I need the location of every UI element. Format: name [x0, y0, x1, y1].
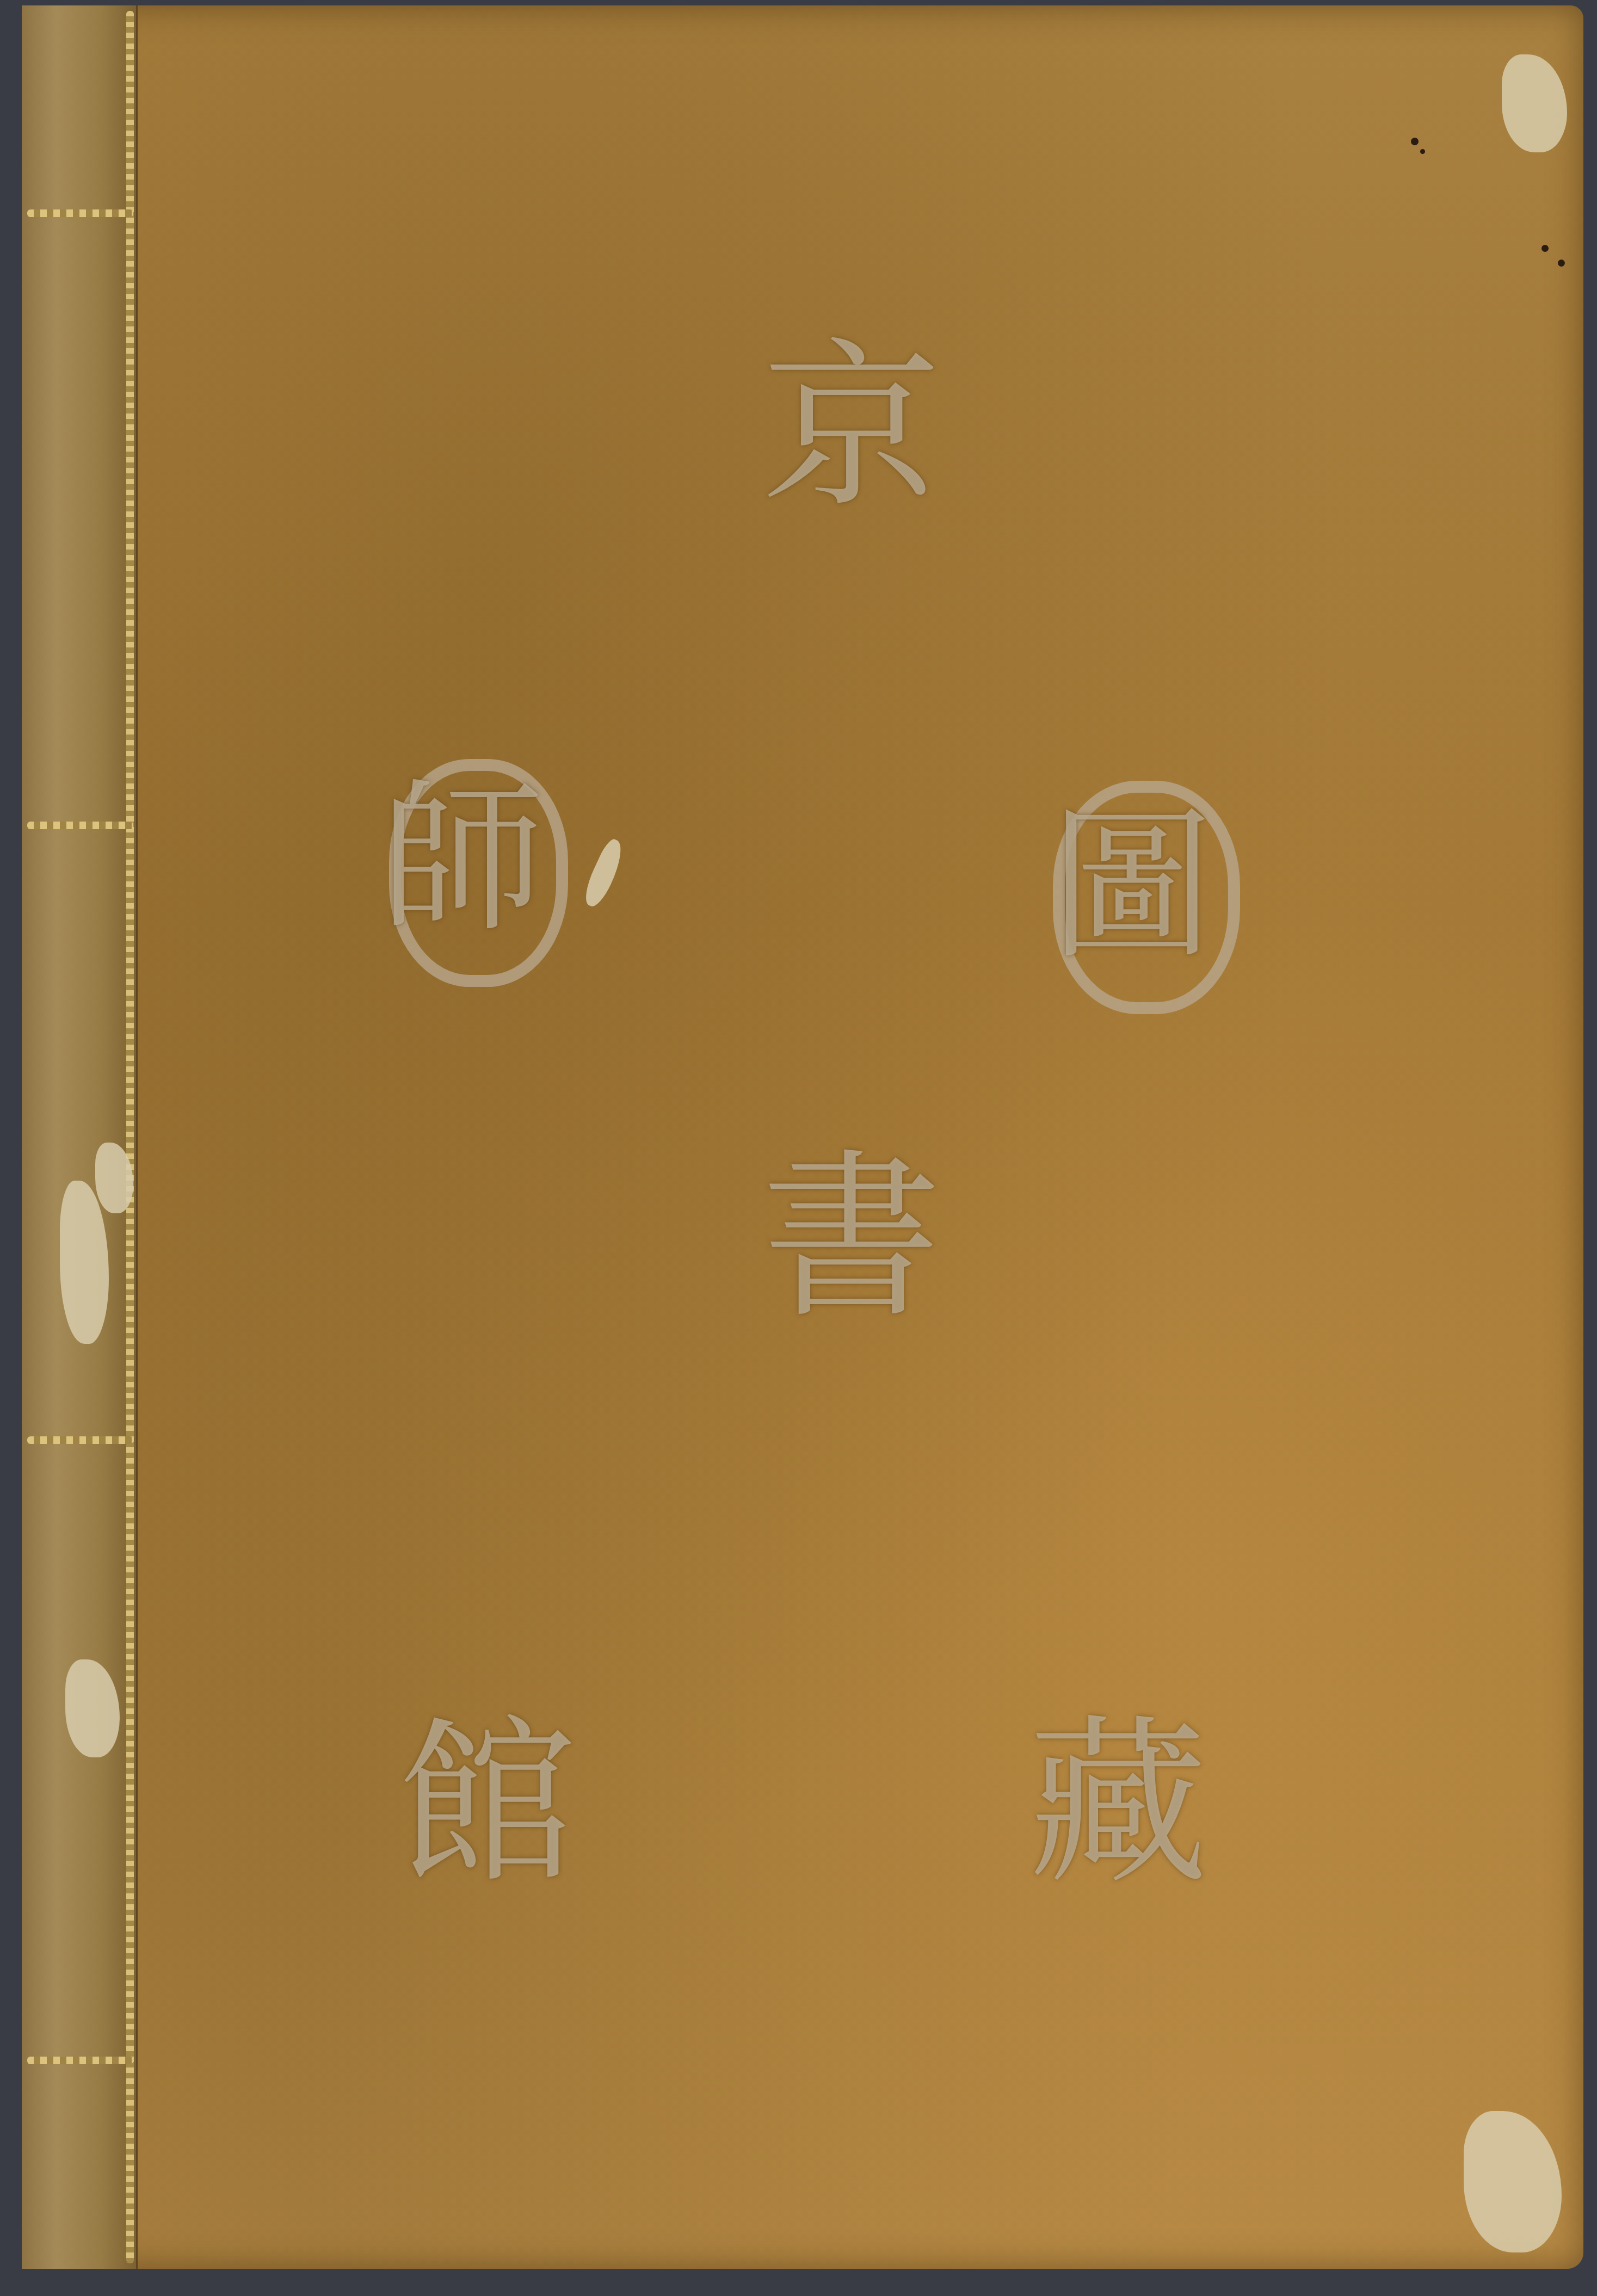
ink-spot [1420, 149, 1425, 154]
ink-spot [1541, 245, 1549, 252]
book-spine [22, 5, 138, 2269]
binding-thread-vertical [126, 11, 134, 2263]
binding-thread-stitch [27, 209, 133, 217]
seal-character-bottom-left: 館 [397, 1714, 577, 1893]
binding-thread-stitch [27, 2057, 133, 2064]
seal-character-center: 書 [762, 1148, 941, 1328]
ink-spot [1558, 260, 1565, 267]
seal-character-right: 圖 [1050, 805, 1213, 968]
binding-thread-stitch [27, 1436, 133, 1444]
seal-character-top: 京 [762, 337, 941, 517]
binding-thread-stitch [27, 822, 133, 829]
ink-spot [1411, 138, 1419, 145]
seal-character-bottom-right: 藏 [1028, 1714, 1208, 1893]
seal-character-left: 師 [381, 778, 544, 941]
